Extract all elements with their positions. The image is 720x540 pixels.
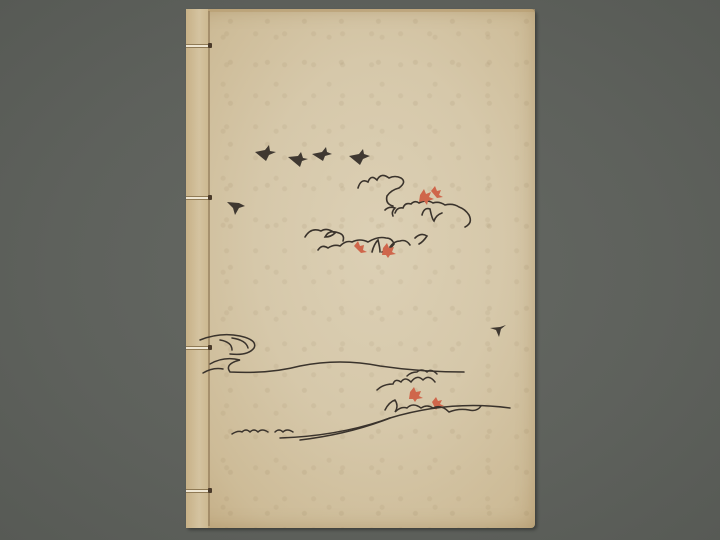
maple-leaf-icon: [354, 186, 444, 410]
stream-lines-icon: [200, 335, 510, 440]
cover-illustration: [0, 0, 720, 540]
autumn-grass-icon: [305, 175, 470, 252]
